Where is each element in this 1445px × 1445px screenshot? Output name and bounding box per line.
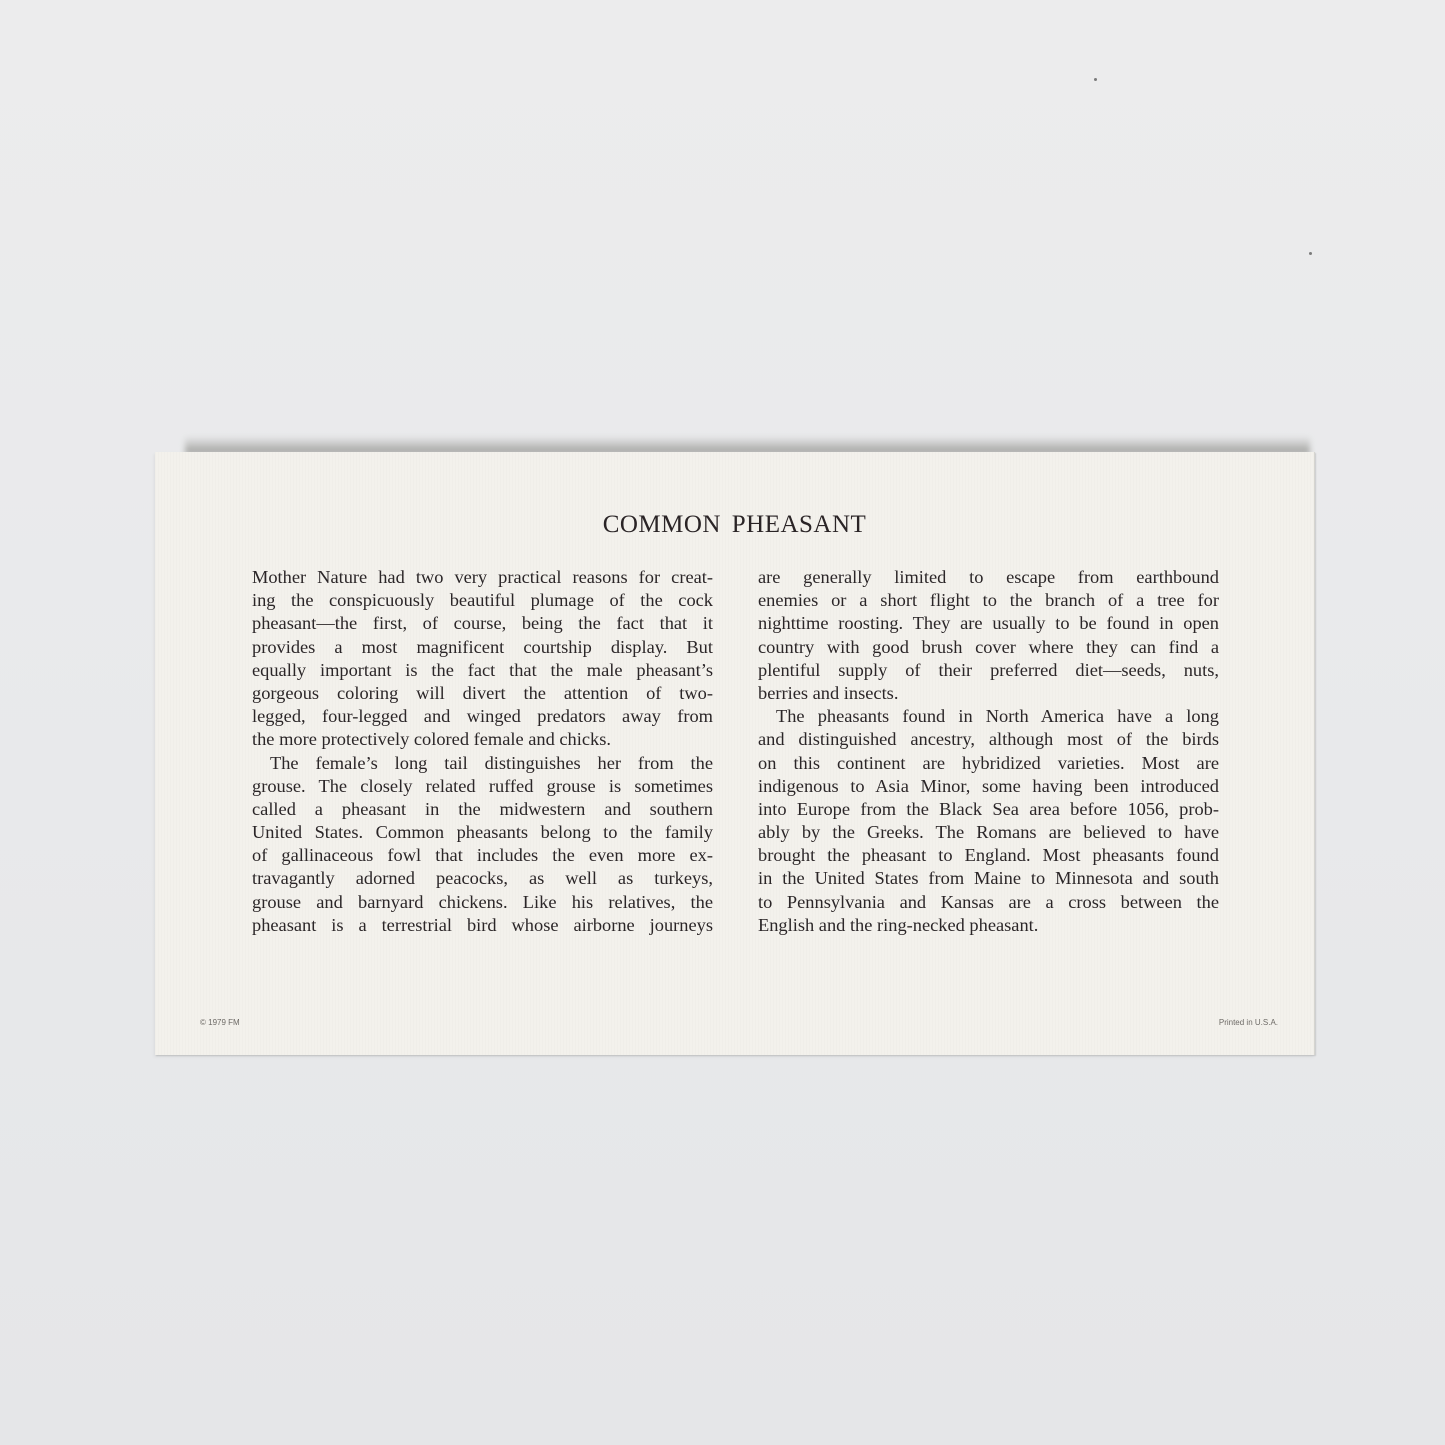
- dust-speck: [1309, 252, 1312, 255]
- text-line: The pheasants found in North America hav…: [758, 705, 1219, 728]
- text-line: equally important is the fact that the m…: [252, 659, 713, 682]
- text-line: United States. Common pheasants belong t…: [252, 821, 713, 844]
- text-line: on this continent are hybridized varieti…: [758, 752, 1219, 775]
- text-line: The female’s long tail distinguishes her…: [252, 752, 713, 775]
- left-text-column: Mother Nature had two very practical rea…: [252, 566, 713, 937]
- text-line: Mother Nature had two very practical rea…: [252, 566, 713, 589]
- copyright-notice: © 1979 FM: [200, 1018, 240, 1027]
- text-line: grouse and barnyard chickens. Like his r…: [252, 891, 713, 914]
- text-line: to Pennsylvania and Kansas are a cross b…: [758, 891, 1219, 914]
- text-line: of gallinaceous fowl that includes the e…: [252, 844, 713, 867]
- text-line: into Europe from the Black Sea area befo…: [758, 798, 1219, 821]
- text-line: English and the ring-necked pheasant.: [758, 914, 1219, 937]
- text-line: are generally limited to escape from ear…: [758, 566, 1219, 589]
- right-text-column: are generally limited to escape from ear…: [758, 566, 1219, 937]
- text-line: gorgeous coloring will divert the attent…: [252, 682, 713, 705]
- text-line: travagantly adorned peacocks, as well as…: [252, 867, 713, 890]
- text-line: legged, four-legged and winged predators…: [252, 705, 713, 728]
- text-line: brought the pheasant to England. Most ph…: [758, 844, 1219, 867]
- dust-speck: [1094, 78, 1097, 81]
- text-line: called a pheasant in the midwestern and …: [252, 798, 713, 821]
- text-line: provides a most magnificent courtship di…: [252, 636, 713, 659]
- text-line: plentiful supply of their preferred diet…: [758, 659, 1219, 682]
- text-line: nighttime roosting. They are usually to …: [758, 612, 1219, 635]
- text-line: pheasant—the first, of course, being the…: [252, 612, 713, 635]
- text-line: and distinguished ancestry, although mos…: [758, 728, 1219, 751]
- card-title: COMMON PHEASANT: [155, 511, 1314, 539]
- text-line: ing the conspicuously beautiful plumage …: [252, 589, 713, 612]
- text-line: berries and insects.: [758, 682, 1219, 705]
- info-card: COMMON PHEASANT Mother Nature had two ve…: [155, 452, 1315, 1055]
- text-line: in the United States from Maine to Minne…: [758, 867, 1219, 890]
- text-line: the more protectively colored female and…: [252, 728, 713, 751]
- text-line: pheasant is a terrestrial bird whose air…: [252, 914, 713, 937]
- text-line: indigenous to Asia Minor, some having be…: [758, 775, 1219, 798]
- text-line: enemies or a short flight to the branch …: [758, 589, 1219, 612]
- printed-in-notice: Printed in U.S.A.: [1219, 1018, 1278, 1027]
- text-line: country with good brush cover where they…: [758, 636, 1219, 659]
- text-line: ably by the Greeks. The Romans are belie…: [758, 821, 1219, 844]
- text-line: grouse. The closely related ruffed grous…: [252, 775, 713, 798]
